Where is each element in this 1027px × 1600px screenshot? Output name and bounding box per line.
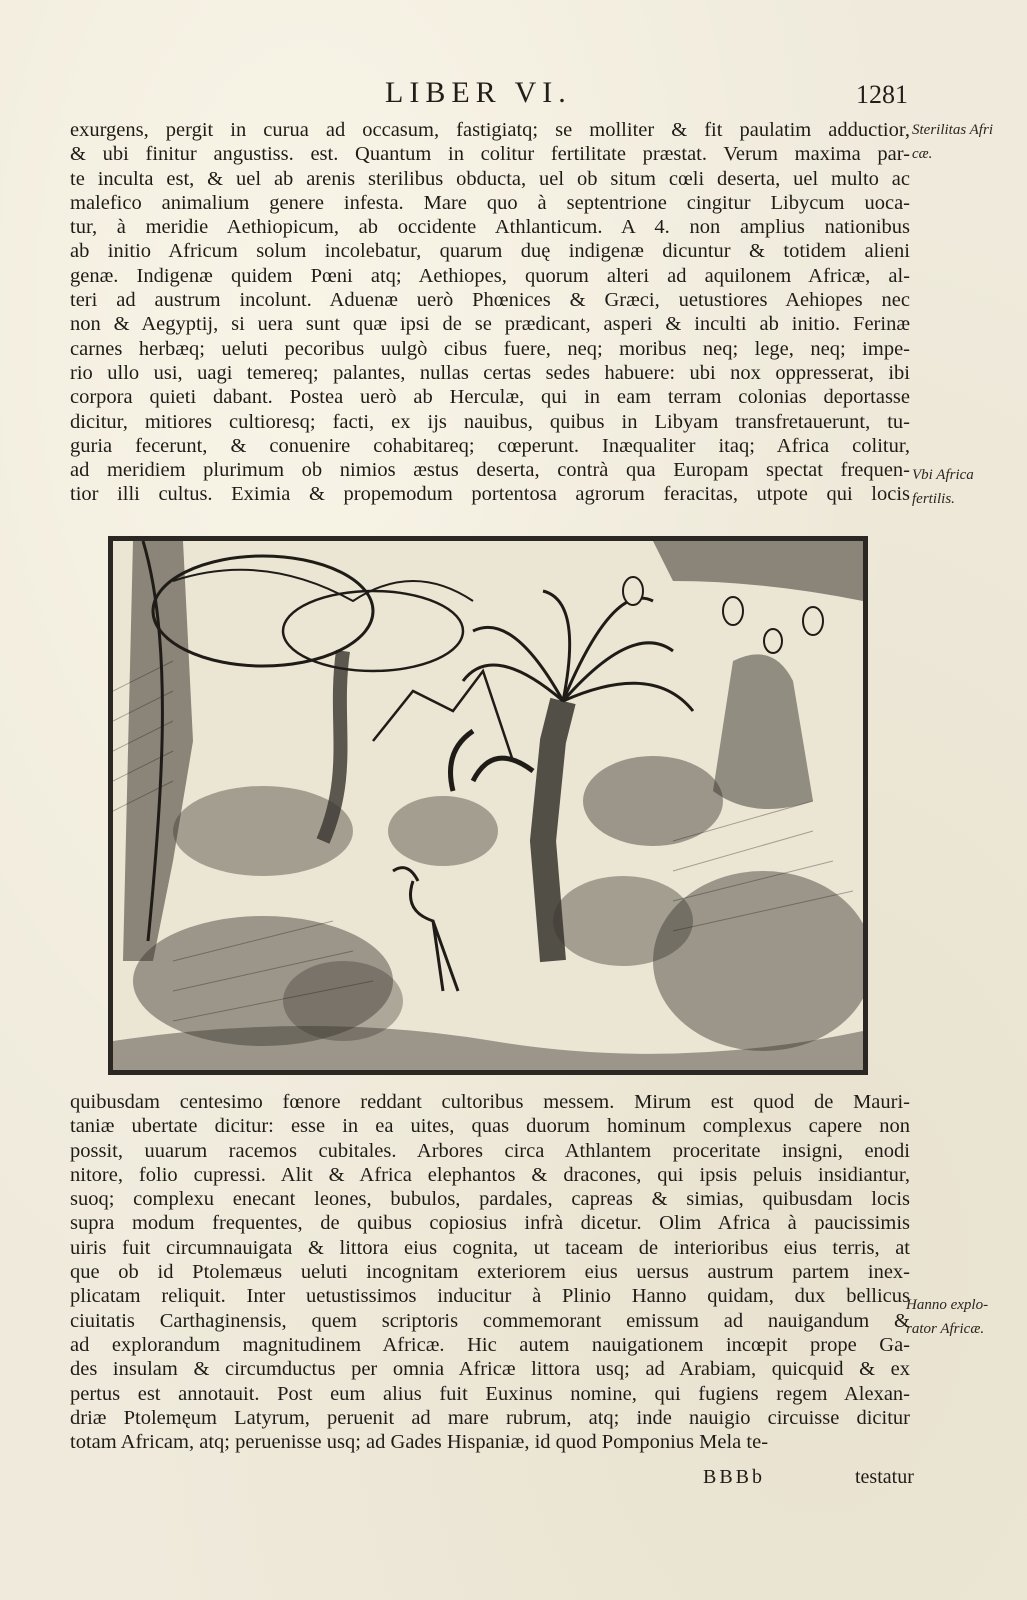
text-line: uiris fuit circumnauigata & littora eius… bbox=[70, 1236, 910, 1260]
woodcut-illustration bbox=[108, 536, 868, 1075]
text-line: des insulam & circumductus per omnia Afr… bbox=[70, 1357, 910, 1381]
text-line: dicitur, mitiores cultioresq; facti, ex … bbox=[70, 410, 910, 434]
margin-note-sterilitas: Sterilitas Afri bbox=[912, 121, 993, 139]
margin-note-sterilitas-cont: cæ. bbox=[912, 145, 932, 163]
text-line: exurgens, pergit in curua ad occasum, fa… bbox=[70, 118, 910, 142]
text-line: que ob id Ptolemæus ueluti incognitam ex… bbox=[70, 1260, 910, 1284]
book-page: LIBER VI. 1281 exurgens, pergit in curua… bbox=[0, 0, 1027, 1600]
catchword: testatur bbox=[855, 1466, 914, 1489]
text-line: plicatam reliquit. Inter uetustissimos i… bbox=[70, 1284, 910, 1308]
text-line: ad explorandum magnitudinem Africæ. Hic … bbox=[70, 1333, 910, 1357]
text-line: taniæ ubertate dicitur: esse in ea uites… bbox=[70, 1114, 910, 1138]
text-line: pertus est annotauit. Post eum alius fui… bbox=[70, 1382, 910, 1406]
page-number: 1281 bbox=[856, 80, 908, 110]
text-line: & ubi finitur angustiss. est. Quantum in… bbox=[70, 142, 910, 166]
text-line: possit, uuarum racemos cubitales. Arbore… bbox=[70, 1139, 910, 1163]
text-line: corpora quieti dabant. Postea uerò ab He… bbox=[70, 385, 910, 409]
text-line: teri ad austrum incolunt. Aduenæ uerò Ph… bbox=[70, 288, 910, 312]
text-line: ad meridiem plurimum ob nimios æstus des… bbox=[70, 458, 910, 482]
text-line: totam Africam, atq; peruenisse usq; ad G… bbox=[70, 1430, 910, 1454]
text-line: driæ Ptolemęum Latyrum, peruenit ad mare… bbox=[70, 1406, 910, 1430]
text-line: nitore, folio cupressi. Alit & Africa el… bbox=[70, 1163, 910, 1187]
text-line: carnes herbæq; ueluti pecoribus uulgò ci… bbox=[70, 337, 910, 361]
text-line: rio ullo usi, uagi temereq; palantes, nu… bbox=[70, 361, 910, 385]
text-line: ciuitatis Carthaginensis, quem scriptori… bbox=[70, 1309, 910, 1333]
text-line: ab initio Africum solum incolebatur, qua… bbox=[70, 239, 910, 263]
running-head: LIBER VI. bbox=[385, 76, 572, 110]
margin-note-hanno: Hanno explo- bbox=[906, 1296, 988, 1314]
text-line: genæ. Indigenæ quidem Pœni atq; Aethiope… bbox=[70, 264, 910, 288]
text-line: quibusdam centesimo fœnore reddant culto… bbox=[70, 1090, 910, 1114]
text-line: tur, à meridie Aethiopicum, ab occidente… bbox=[70, 215, 910, 239]
margin-note-hanno-cont: rator Africæ. bbox=[906, 1320, 984, 1338]
text-line: guria fecerunt, & conuenire cohabitareq;… bbox=[70, 434, 910, 458]
signature-mark: BBBb bbox=[703, 1466, 765, 1489]
text-line: supra modum frequentes, de quibus copios… bbox=[70, 1211, 910, 1235]
text-line: non & Aegyptij, si uera sunt quæ ipsi de… bbox=[70, 312, 910, 336]
bottom-text-block: quibusdam centesimo fœnore reddant culto… bbox=[70, 1090, 910, 1454]
text-line: tior illi cultus. Eximia & propemodum po… bbox=[70, 482, 910, 506]
woodcut-landscape-icon bbox=[113, 541, 863, 1070]
margin-note-ubi-africa: Vbi Africa bbox=[912, 466, 974, 484]
top-text-block: exurgens, pergit in curua ad occasum, fa… bbox=[70, 118, 910, 507]
text-line: malefico animalium genere infesta. Mare … bbox=[70, 191, 910, 215]
text-line: suoq; complexu enecant leones, bubulos, … bbox=[70, 1187, 910, 1211]
text-line: te inculta est, & uel ab arenis sterilib… bbox=[70, 167, 910, 191]
margin-note-fertilis: fertilis. bbox=[912, 490, 955, 508]
